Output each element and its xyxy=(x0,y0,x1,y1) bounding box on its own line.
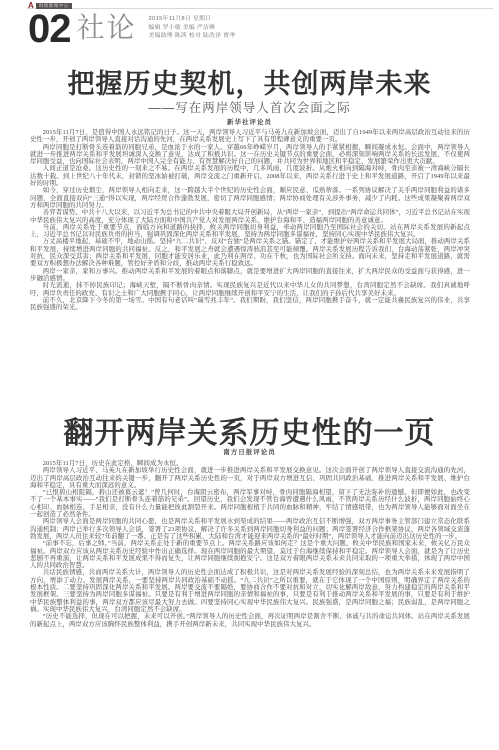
paragraph: 人间正道是沧桑。这历史性的一刻来之不易。在两岸关系发展的历程中，几多风雨，几度波… xyxy=(30,165,470,187)
section-name: 社论 xyxy=(77,12,137,44)
article2-byline: 南方日报评论员 xyxy=(0,447,499,456)
article2-body: 2015年11月7日，历史在此定格，瞬间成为永恒。 两岸领导人习近平、马英九在新… xyxy=(30,460,470,628)
paragraph: 当前，两岸关系处于重要节点，面临方向和道路的抉择，攸关两岸同胞切身利益，牵动两岸… xyxy=(30,224,470,239)
paragraph: “历史不能选择，但现在可以把握，未来可以开创。”两岸领导人的历史性会面，再次证明… xyxy=(30,613,470,628)
paragraph: 时光流逝，抹不掉民族印记；海峡天堑，隔不断骨肉亲情。实现民族复兴是近代以来中华儿… xyxy=(30,282,470,297)
newspaper-page: A 时政新闻中心 02 社论 2015年11月8日 星期日 编辑 罗小敏 美编 … xyxy=(0,0,499,750)
date-line: 2015年11月8日 星期日 xyxy=(149,15,236,24)
page-number: 02 xyxy=(28,12,71,46)
credits-line-1: 编辑 罗小敏 美编 严洁峰 xyxy=(149,24,236,33)
masthead-row: 02 社论 2015年11月8日 星期日 编辑 罗小敏 美编 严洁峰 美编助理 … xyxy=(28,12,472,46)
paragraph: 两岸领导人习近平、马英九在新加坡举行历史性会面，就进一步推进两岸关系和平发展交换… xyxy=(30,467,470,489)
section-tag: A 时政新闻中心 xyxy=(28,2,472,10)
paragraph: 前不久，北京降下今冬的第一场雪。中国有句老话叫“瑞雪兆丰年”。我们期盼，我们坚信… xyxy=(30,297,470,312)
article1-headline: 把握历史契机，共创两岸未来 xyxy=(0,62,499,101)
paragraph: 善弈者谋势。中共十八大以来，以习近平为总书记的中共中央着眼大局开创新局，从“两岸… xyxy=(30,209,470,224)
article1-body: 2015年11月7日，是值得中国人永远铭记的日子。这一天，两岸领导人习近平与马英… xyxy=(30,129,470,311)
article1-byline: 新华社评论员 xyxy=(0,117,499,126)
paragraph: 如今，穿过历史烟尘，两岸领导人相向走来，这一跨越大半个世纪的历史性会面，顺应民意… xyxy=(30,187,470,209)
paragraph: 共话民族情感，共商两岸关系大计，两岸领导人的历史性会面达成了积极共识，这是对两岸… xyxy=(30,569,470,613)
article1-subtitle: ——写在两岸领导人首次会面之际 xyxy=(0,98,499,116)
paragraph: “已恨碧山相阻隔，碧山还被暮云遮！”曾几何时，台海阴云密布，两岸军事对峙，骨肉同… xyxy=(30,489,470,518)
paragraph: 2015年11月7日，是值得中国人永远铭记的日子。这一天，两岸领导人习近平与马英… xyxy=(30,129,470,144)
credits-line-2: 美编助理 陈茜 校对 陆冼泽 贾华 xyxy=(149,32,236,41)
paragraph: 两岸领导人会面是两岸同胞的共同心愿，也是两岸关系和平发展水到渠成的结果——两岸政… xyxy=(30,518,470,540)
paragraph: 两岸一家亲，家和万事兴。推动两岸关系和平发展的着眼点和落脚点，就是要增进扩大两岸… xyxy=(30,268,470,283)
paragraph: 万丈高楼平地起，基础不牢，地动山摇。坚持“九二共识”、反对“台独”是两岸关系之锚… xyxy=(30,238,470,267)
paragraph: 两岸同胞是打断骨头连着筋的同胞兄弟，是血浓于水的一家人。穿越66年峥嵘岁月，两岸… xyxy=(30,144,470,166)
edition-credits: 2015年11月8日 星期日 编辑 罗小敏 美编 严洁峰 美编助理 陈茜 校对 … xyxy=(149,12,236,41)
article2-headline: 翻开两岸关系历史性的一页 xyxy=(0,408,499,452)
paragraph: “前事不忘，后事之师。”当前，两岸关系正处于新的重要节点上。两岸关系路应该如何走… xyxy=(30,540,470,569)
masthead: A 时政新闻中心 02 社论 2015年11月8日 星期日 编辑 罗小敏 美编 … xyxy=(28,2,472,46)
